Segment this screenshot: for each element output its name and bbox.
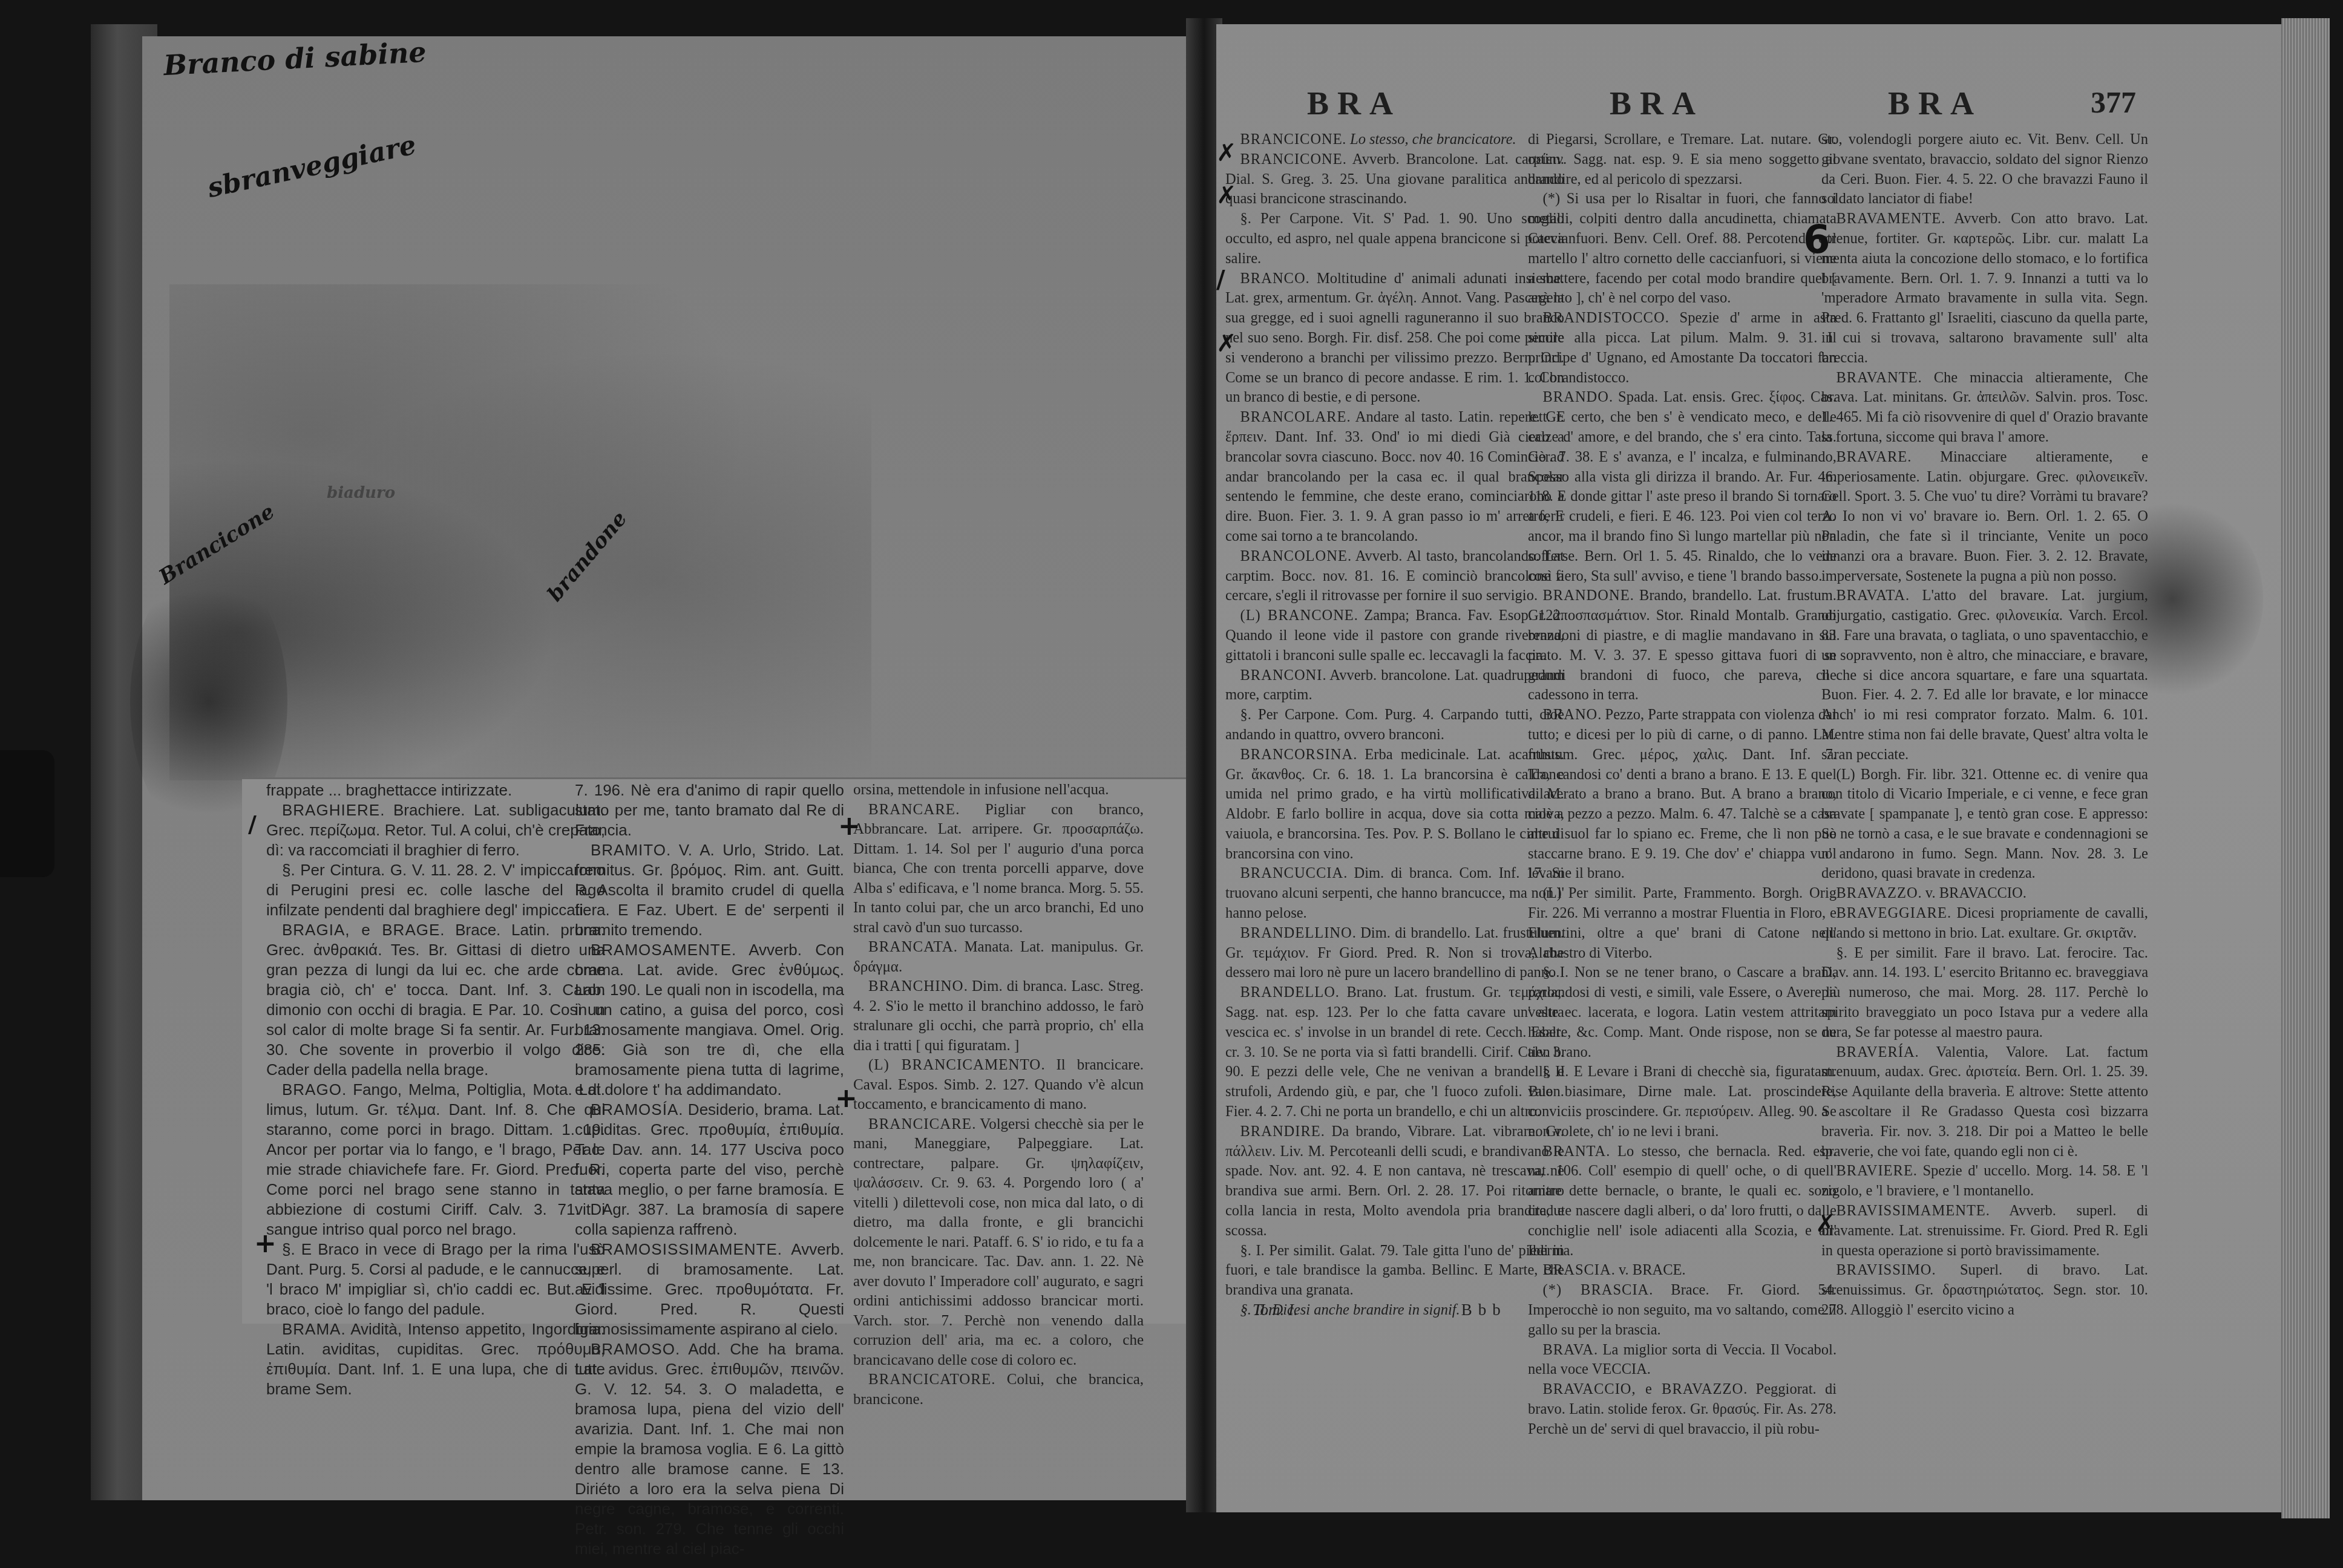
dictionary-entry: BRAVISSIMO. Superl. di bravo. Lat. stren… <box>1821 1261 2148 1320</box>
dictionary-entry: BRANDIRE. Da brando, Vibrare. Lat. vibra… <box>1225 1122 1564 1241</box>
dictionary-entry: BRAVERÍA. Valentia, Valore. Lat. factum … <box>1821 1043 2148 1162</box>
margin-dash-mark-icon: / <box>1216 266 1225 294</box>
margin-cross-mark-icon: + <box>835 1083 857 1114</box>
page-footer: Tom. I.Bbb <box>1253 1301 1507 1319</box>
headword: BRAMA <box>282 1320 341 1338</box>
headword: BRANDIRE <box>1240 1123 1321 1140</box>
strip-column-3: orsina, mettendole in infusione nell'acq… <box>853 780 1144 1410</box>
entry-text: . Brano. Lat. frustum. Gr. τεμάχιος. Sag… <box>1225 984 1564 1120</box>
dictionary-entry: BRAMOSO. Add. Che ha brama. Lat. avidus.… <box>575 1339 844 1559</box>
dictionary-entry: § II. E Levare i Brani di checchè sia, f… <box>1528 1062 1837 1142</box>
dictionary-entry: BRANDO. Spada. Lat. ensis. Grec. ξίφος. … <box>1528 388 1837 586</box>
headword: BRAVERÍA <box>1837 1044 1915 1060</box>
entry-text: . Lo stesso, che bernacla. Red. esp. nat… <box>1528 1143 1837 1259</box>
dictionary-entry: BRANCARE. Pigliar con branco, Abbrancare… <box>853 800 1144 938</box>
headword: BRANDO <box>1543 389 1609 405</box>
dictionary-entry: BRASCIA. v. BRACE. <box>1528 1261 1837 1281</box>
entry-text: (L) Per similit. Parte, Frammento. Borgh… <box>1528 885 1837 961</box>
entry-text: §. Per Carpone. Com. Purg. 4. Carpando t… <box>1225 707 1564 743</box>
dictionary-entry: §. E per similit. Fare il bravo. Lat. fe… <box>1821 944 2148 1043</box>
headword: BRAMITO <box>591 841 666 859</box>
entry-text: sto, volendogli porgere aiuto ec. Vit. B… <box>1821 130 2148 209</box>
running-head-2: BRA <box>1610 85 1704 122</box>
entry-text: . Avverb. Con atto bravo. Lat. strenue, … <box>1821 211 2148 366</box>
dictionary-entry: BRANDELLINO. Dim. di brandello. Lat. fru… <box>1225 924 1564 983</box>
headword: BRANCATA <box>868 939 954 955</box>
entry-text: . Minacciare altieramente, e imperiosame… <box>1821 449 2148 584</box>
entry-text: . Volgersi checchè sia per le mani, Mane… <box>853 1116 1144 1368</box>
entry-text: . Brace. Latin. pruna. Grec. ἀνθρακιά. T… <box>266 921 605 1079</box>
headword: (*) BRASCIA <box>1543 1282 1650 1298</box>
headword: BRAVA <box>1543 1342 1594 1358</box>
handwritten-note-5: biaduro <box>327 484 395 502</box>
headword: BRAGHIERE <box>282 801 380 819</box>
page-clip <box>0 750 54 877</box>
headword: BRANCO <box>1240 270 1306 287</box>
entry-text: . Valentia, Valore. Lat. factum strenuum… <box>1821 1044 2148 1160</box>
dictionary-entry: BRAVIERE. Spezie d' uccello. Morg. 14. 5… <box>1821 1161 2148 1201</box>
headword: BRAVAMENTE <box>1837 211 1942 227</box>
dictionary-entry: (*) Si usa per lo Risaltar in fuori, che… <box>1528 189 1837 309</box>
headword: BRAVISSIMO <box>1837 1262 1932 1278</box>
margin-cross-mark-icon: ✗ <box>1216 139 1237 167</box>
entry-text: §. Per Cintura. G. V. 11. 28. 2. V' impi… <box>266 861 605 919</box>
entry-text: . Desiderio, brama. Lat. cupiditas. Grec… <box>575 1100 844 1238</box>
dictionary-entry: BRAVAMENTE. Avverb. Con atto bravo. Lat.… <box>1821 209 2148 368</box>
dictionary-entry: §. Per Carpone. Vit. S' Pad. 1. 90. Uno … <box>1225 209 1564 269</box>
dictionary-entry: §. I. Per similit. Galat. 79. Tale gitta… <box>1225 1241 1564 1301</box>
dictionary-entry: BRANCATA. Manata. Lat. manipulus. Gr. δρ… <box>853 938 1144 977</box>
headword: BRAMOSAMENTE <box>591 941 732 959</box>
dictionary-entry: BRANCICONE. Lo stesso, che brancicatore. <box>1225 130 1564 150</box>
headword: BRANDONE <box>1543 587 1630 604</box>
headword: BRAVAZZO <box>1837 885 1918 901</box>
entry-text: . Erba medicinale. Lat. acanthus. Gr. ἄκ… <box>1225 746 1564 862</box>
dictionary-entry: BRAMOSAMENTE. Avverb. Con brama. Lat. av… <box>575 940 844 1100</box>
entry-text: . Add. Che ha brama. Lat. avidus. Grec. … <box>575 1340 844 1558</box>
margin-cross-mark-icon: + <box>254 1228 277 1259</box>
dictionary-entry: §. E Braco in vece di Brago per la rima … <box>266 1240 605 1319</box>
entry-text: §. I. Per similit. Galat. 79. Tale gitta… <box>1225 1243 1564 1299</box>
dictionary-entry: BRAMOSISSIMAMENTE. Avverb. superl. di br… <box>575 1240 844 1339</box>
headword: BRANCICARE <box>868 1116 972 1132</box>
running-head-3: BRA <box>1888 85 1982 122</box>
dictionary-entry: BRANDELLO. Brano. Lat. frustum. Gr. τεμά… <box>1225 983 1564 1122</box>
margin-cross-mark-icon: + <box>838 811 860 841</box>
entry-text: . Pezzo, Parte strappata con violenza da… <box>1528 707 1837 881</box>
entry-text: §. E per similit. Fare il bravo. Lat. fe… <box>1821 945 2148 1040</box>
dictionary-entry: BRANCICATORE. Colui, che brancica, branc… <box>853 1370 1144 1410</box>
dictionary-entry: BRAMOSÍA. Desiderio, brama. Lat. cupidit… <box>575 1100 844 1240</box>
dictionary-entry: BRAGO. Fango, Melma, Poltiglia, Mota. La… <box>266 1080 605 1240</box>
strip-column-2: 7. 196. Nè era d'animo di rapir quello s… <box>575 780 844 1559</box>
volume-label: Tom. I. <box>1253 1301 1298 1319</box>
dictionary-entry: BRAVATA. L'atto del bravare. Lat. jurgiu… <box>1821 586 2148 765</box>
entry-text: orsina, mettendole in infusione nell'acq… <box>853 780 1144 800</box>
headword: BRAGIA, e BRAGE <box>282 921 440 939</box>
margin-cross-mark-icon: ✗ <box>1216 330 1237 358</box>
headword: BRAMOSO <box>591 1340 675 1358</box>
entry-text: . Andare al tasto. Latin. repere. Gr. ἕρ… <box>1225 409 1564 544</box>
headword: BRAMOSISSIMAMENTE <box>591 1240 778 1258</box>
entry-text: frappate ... braghettacce intirizzate. <box>266 780 605 800</box>
dictionary-entry: BRAGIA, e BRAGE. Brace. Latin. pruna. Gr… <box>266 920 605 1080</box>
right-column-1: BRANCICONE. Lo stesso, che brancicatore.… <box>1225 130 1564 1321</box>
headword: BRANCUCCIA <box>1240 865 1344 881</box>
headword: BRASCIA <box>1543 1262 1611 1278</box>
entry-text: . Brando, brandello. Lat. frustum. Gr. ἀ… <box>1528 587 1837 703</box>
entry-text: . Lo stesso, che brancicatore. <box>1343 131 1516 148</box>
headword: BRANDELLINO <box>1240 925 1352 941</box>
headword: BRANO <box>1543 707 1598 723</box>
entry-text: . v. BRAVACCIO. <box>1918 885 2027 901</box>
dictionary-entry: BRAVANTE. Che minaccia altieramente, Che… <box>1821 368 2148 448</box>
headword: BRANCOLONE <box>1240 548 1348 564</box>
entry-text: . Fango, Melma, Poltiglia, Mota. Lat. li… <box>266 1080 605 1238</box>
dictionary-entry: BRAVISSIMAMENTE. Avverb. superl. di brav… <box>1821 1201 2148 1261</box>
dictionary-entry: BRAMA. Avidità, Intenso appetito, Ingord… <box>266 1319 605 1399</box>
dictionary-entry: BRANCORSINA. Erba medicinale. Lat. acant… <box>1225 745 1564 864</box>
dictionary-entry: (L) BRANCICAMENTO. Il brancicare. Caval.… <box>853 1056 1144 1115</box>
headword: BRAVEGGIARE <box>1837 905 1947 921</box>
margin-cross-mark-icon: ✗ <box>1815 1210 1836 1238</box>
margin-cross-mark-icon: ✗ <box>1216 181 1237 209</box>
dictionary-entry: BRANO. Pezzo, Parte strappata con violen… <box>1528 705 1837 884</box>
entry-text: § II. E Levare i Brani di checchè sia, f… <box>1528 1063 1837 1139</box>
dictionary-entry: BRANCO. Moltitudine d' animali adunati i… <box>1225 269 1564 408</box>
running-head-1: BRA <box>1307 85 1401 122</box>
headword: BRAVANTE <box>1837 370 1918 386</box>
entry-text: . Avverb. Con brama. Lat. avide. Grec ἐν… <box>575 941 844 1099</box>
headword: BRANCARE <box>868 802 955 818</box>
dictionary-entry: BRANCICONE. Avverb. Brancolone. Lat. car… <box>1225 150 1564 209</box>
margin-dash-mark-icon: / <box>248 811 257 837</box>
dictionary-entry: BRANCONI. Avverb. brancolone. Lat. quadr… <box>1225 666 1564 706</box>
dictionary-entry: BRAVACCIO, e BRAVAZZO. Peggiorat. di bra… <box>1528 1380 1837 1439</box>
page-number: 377 <box>2091 85 2136 120</box>
dictionary-entry: BRANCHINO. Dim. di branca. Lasc. Streg. … <box>853 977 1144 1056</box>
dictionary-entry: (L) Borgh. Fir. libr. 321. Ottenne ec. d… <box>1821 765 2148 884</box>
dictionary-entry: BRAVEGGIARE. Dicesi propriamente de cava… <box>1821 904 2148 944</box>
entry-text: 7. 196. Nè era d'animo di rapir quello s… <box>575 780 844 840</box>
headword: BRANCORSINA <box>1240 746 1354 763</box>
entry-text: . v. BRACE. <box>1611 1262 1686 1278</box>
entry-text: (L) Borgh. Fir. libr. 321. Ottenne ec. d… <box>1821 766 2148 882</box>
entry-text: §. I. Non se ne tener brano, o Cascare a… <box>1528 964 1837 1060</box>
headword: BRAMOSÍA <box>591 1100 678 1119</box>
headword: BRAGO <box>282 1080 342 1099</box>
dictionary-entry: BRANTA. Lo stesso, che bernacla. Red. es… <box>1528 1142 1837 1261</box>
page-fore-edge <box>2281 18 2330 1518</box>
entry-text: (*) Si usa per lo Risaltar in fuori, che… <box>1528 191 1837 306</box>
dictionary-entry: BRAVAZZO. v. BRAVACCIO. <box>1821 884 2148 904</box>
headword: (L) BRANCONE <box>1240 607 1354 624</box>
dictionary-entry: BRANDISTOCCO. Spezie d' arme in asta sim… <box>1528 309 1837 388</box>
right-column-3: sto, volendogli porgere aiuto ec. Vit. B… <box>1821 130 2148 1321</box>
dictionary-entry: BRAVARE. Minacciare altieramente, e impe… <box>1821 448 2148 587</box>
headword: BRAVIERE <box>1837 1163 1913 1179</box>
headword: BRANCICONE <box>1240 131 1343 148</box>
entry-text: . Spada. Lat. ensis. Grec. ξίφος. Cas. l… <box>1528 389 1837 584</box>
dictionary-entry: BRANCOLONE. Avverb. Al tasto, brancoland… <box>1225 547 1564 606</box>
entry-text: . L'atto del bravare. Lat. jurgium, obju… <box>1821 587 2148 762</box>
book-spread-photo: Branco di sabine sbranveggiare Brancicon… <box>0 0 2343 1568</box>
dictionary-entry: (L) BRANCONE. Zampa; Branca. Fav. Esop. … <box>1225 606 1564 665</box>
entry-text: . Pigliar con branco, Abbrancare. Lat. a… <box>853 802 1144 936</box>
dictionary-entry: (L) Per similit. Parte, Frammento. Borgh… <box>1528 884 1837 963</box>
headword: BRANCICONE <box>1240 151 1343 168</box>
strip-column-1: frappate ... braghettacce intirizzate. B… <box>266 780 605 1399</box>
headword: BRANCHINO <box>868 978 964 995</box>
dictionary-entry: BRANCUCCIA. Dim. di branca. Com. Inf. 17… <box>1225 864 1564 923</box>
headword: BRANCICATORE <box>868 1371 991 1388</box>
dictionary-entry: BRAGHIERE. Brachiere. Lat. subligaculum.… <box>266 800 605 860</box>
headword: BRAVACCIO, e BRAVAZZO <box>1543 1381 1744 1397</box>
headword: BRANDISTOCCO <box>1543 310 1665 326</box>
entry-text: di Piegarsi, Scrollare, e Tremare. Lat. … <box>1528 130 1837 189</box>
right-column-2: di Piegarsi, Scrollare, e Tremare. Lat. … <box>1528 130 1837 1440</box>
entry-text: §. E Braco in vece di Brago per la rima … <box>266 1240 605 1318</box>
dictionary-entry: (*) BRASCIA. Brace. Fr. Giord. 54. Imper… <box>1528 1281 1837 1340</box>
headword: BRAVATA <box>1837 587 1906 604</box>
dictionary-entry: BRAVA. La miglior sorta di Veccia. Il Vo… <box>1528 1341 1837 1380</box>
entry-text: . Da brando, Vibrare. Lat. vibrare. Gr. … <box>1225 1123 1564 1239</box>
dictionary-entry: §. Per Cintura. G. V. 11. 28. 2. V' impi… <box>266 860 605 920</box>
margin-number-mark-icon: 6 <box>1803 218 1830 263</box>
entry-text: §. Per Carpone. Vit. S' Pad. 1. 90. Uno … <box>1225 211 1564 267</box>
printer-signature: Bbb <box>1461 1301 1507 1319</box>
dictionary-entry: BRAMITO. V. A. Urlo, Strido. Lat. fremit… <box>575 840 844 940</box>
headword: BRANTA <box>1543 1143 1607 1160</box>
dictionary-entry: §. I. Non se ne tener brano, o Cascare a… <box>1528 963 1837 1062</box>
headword: BRANCOLARE <box>1240 409 1347 425</box>
headword: BRANDELLO <box>1240 984 1335 1001</box>
dictionary-entry: BRANCOLARE. Andare al tasto. Latin. repe… <box>1225 408 1564 547</box>
headword: BRAVISSIMAMENTE <box>1837 1203 1986 1219</box>
dictionary-entry: §. Per Carpone. Com. Purg. 4. Carpando t… <box>1225 705 1564 745</box>
headword: (L) BRANCICAMENTO <box>868 1057 1041 1073</box>
headword: BRAVARE <box>1837 449 1908 465</box>
headword: BRANCONI <box>1240 667 1323 684</box>
entry-text: . Moltitudine d' animali adunati insieme… <box>1225 270 1564 406</box>
dictionary-entry: BRANCICARE. Volgersi checchè sia per le … <box>853 1115 1144 1371</box>
dictionary-entry: BRANDONE. Brando, brandello. Lat. frustu… <box>1528 586 1837 705</box>
